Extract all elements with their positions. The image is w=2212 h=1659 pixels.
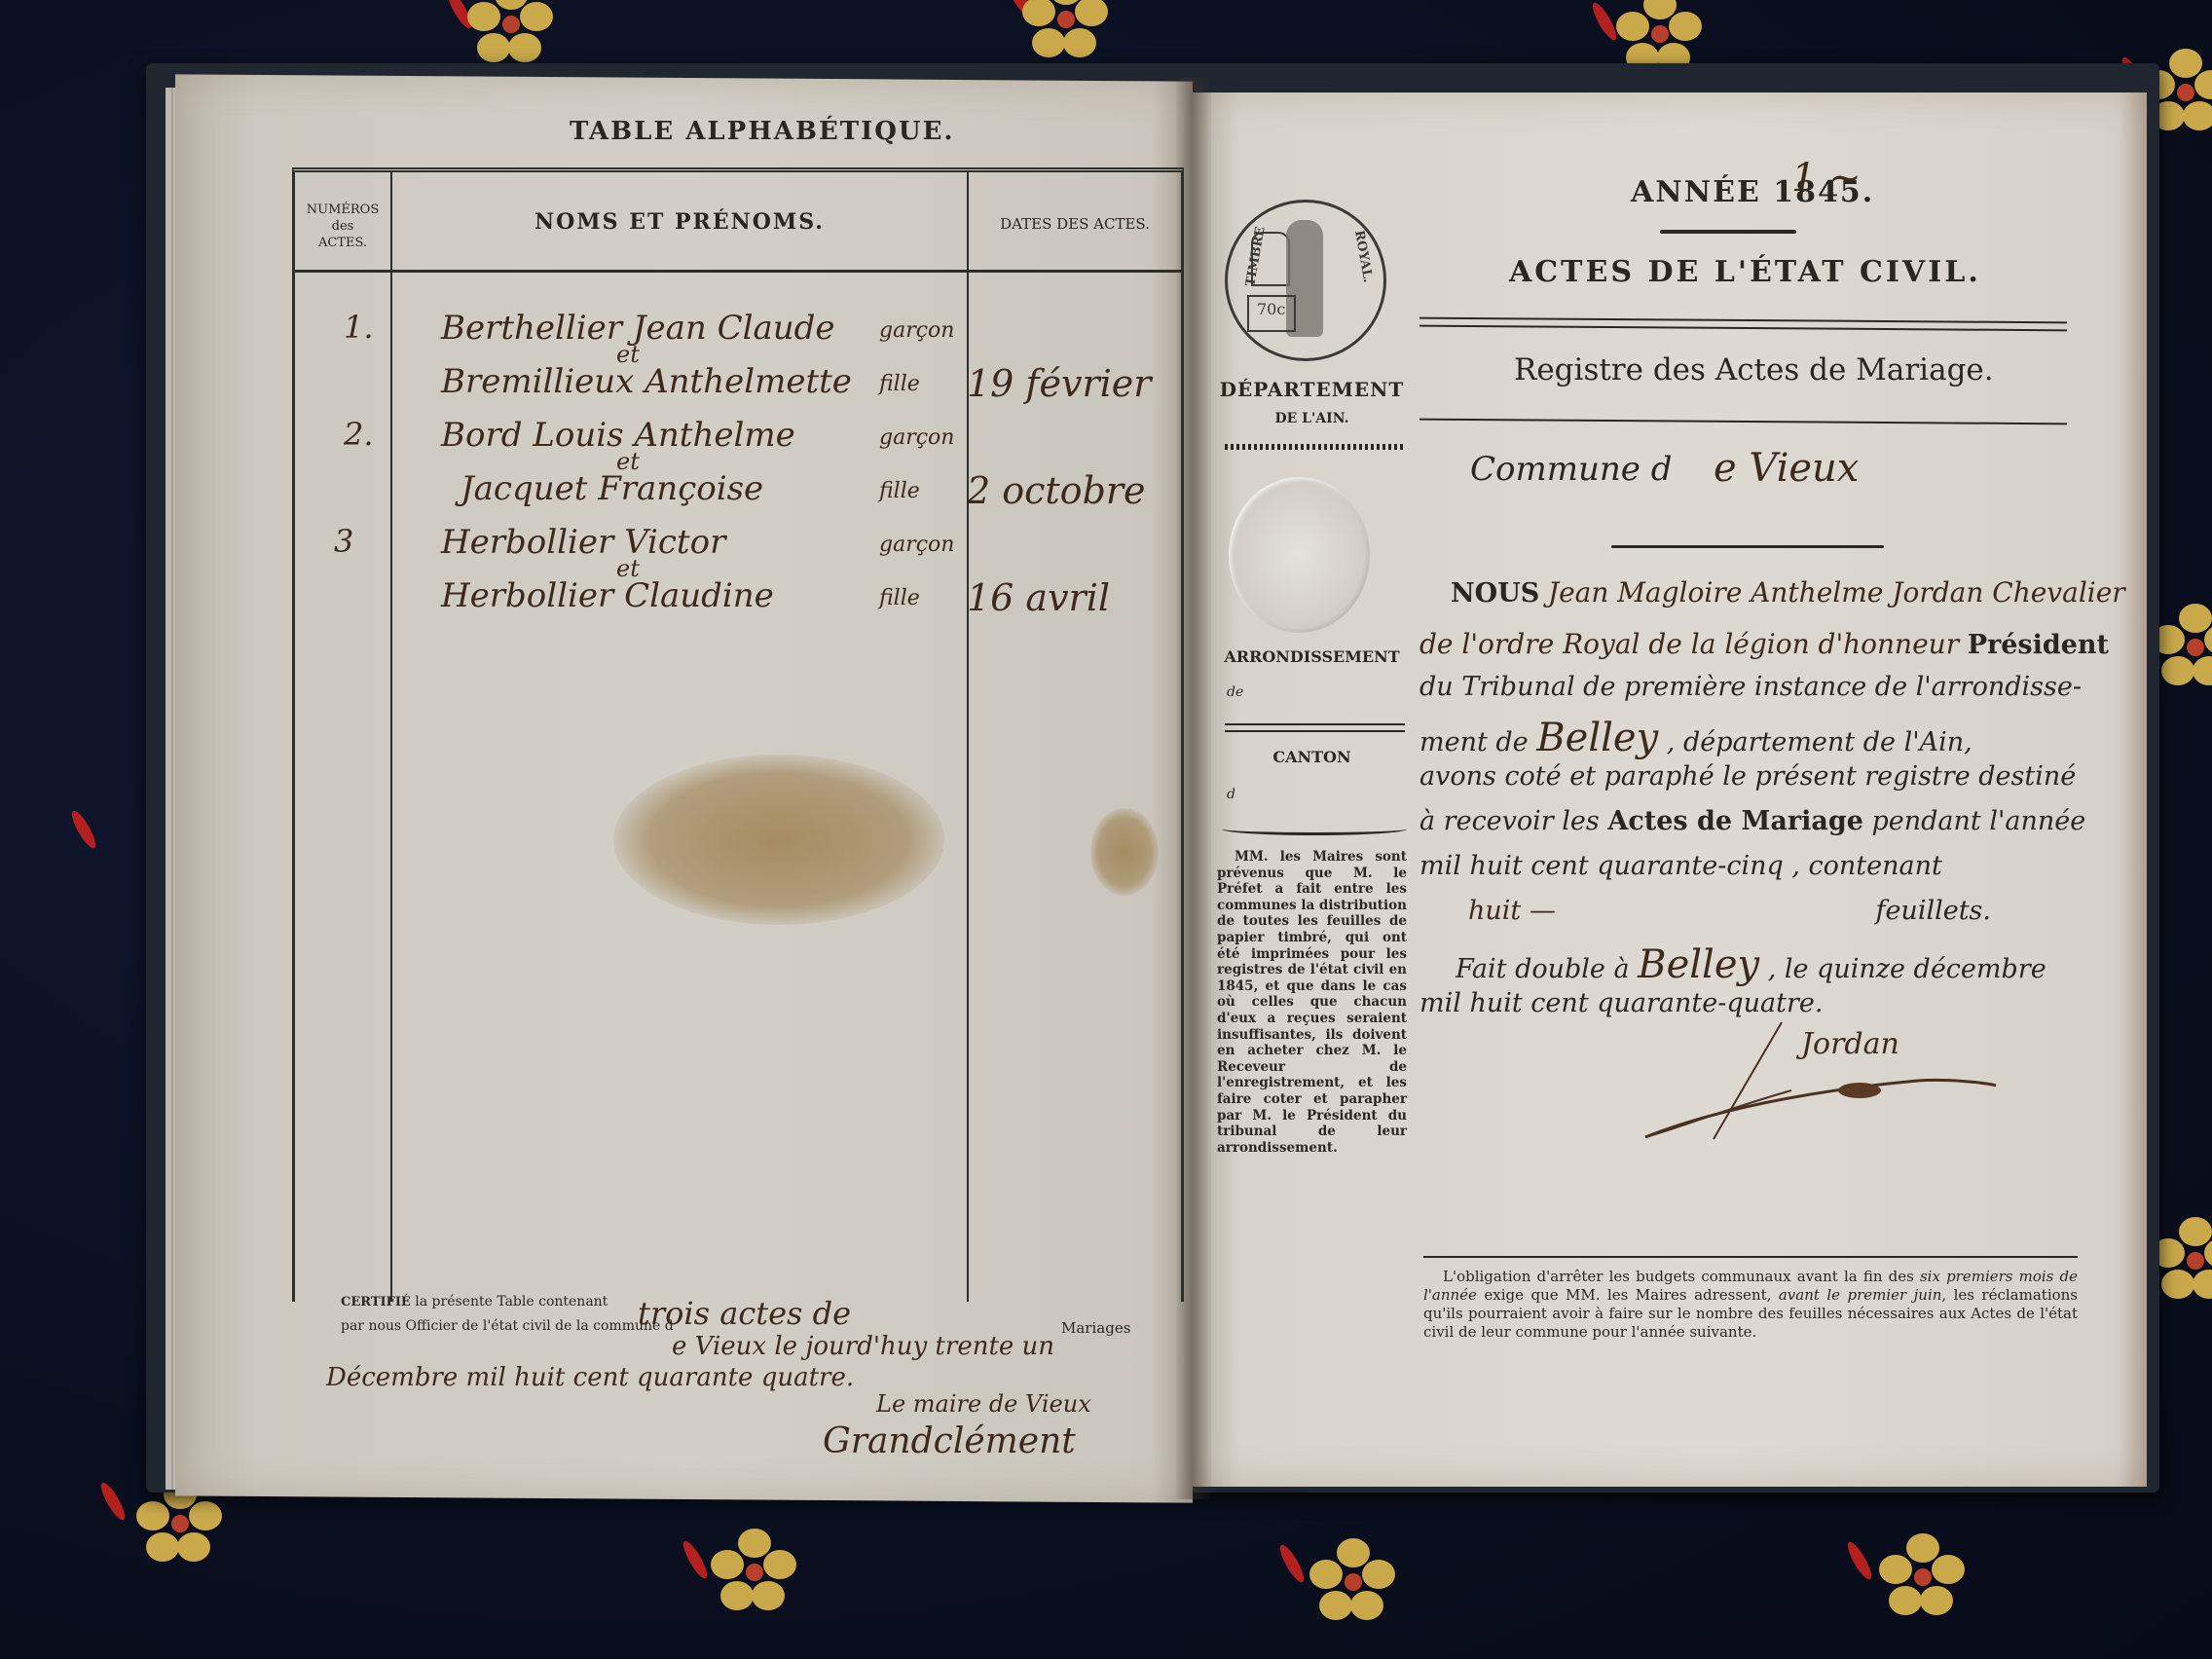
embossed-seal bbox=[1229, 477, 1370, 633]
body-line-9: Fait double à Belley , le quinze décembr… bbox=[1456, 942, 2046, 987]
main-heading: ACTES DE L'ÉTAT CIVIL. bbox=[1509, 255, 1981, 289]
body-line-8: huit — feuillets. bbox=[1419, 896, 1991, 926]
entry-number: 1. bbox=[344, 309, 383, 346]
column-header-numeros: NUMÉROS des ACTES. bbox=[295, 202, 390, 251]
embroidered-flower-icon bbox=[2152, 604, 2212, 691]
register-subtitle: Registre des Actes de Mariage. bbox=[1514, 352, 1994, 387]
canton-prefix: d bbox=[1217, 787, 1417, 802]
embroidered-flower-icon bbox=[711, 1529, 798, 1616]
timbre-royal-stamp: 70c TIMBRE ROYAL. bbox=[1225, 200, 1386, 361]
footer-rule bbox=[1423, 1256, 2078, 1258]
embroidered-flower-icon bbox=[1879, 1533, 1967, 1621]
departement-value: DE L'AIN. bbox=[1217, 411, 1407, 426]
bride-name: Bremillieux Anthelmette bbox=[441, 362, 852, 401]
body-line-4: ment de Belley , département de l'Ain, bbox=[1419, 716, 1972, 760]
canton-label: CANTON bbox=[1217, 748, 1407, 766]
act-date: 16 avril bbox=[967, 576, 1110, 619]
groom-status: garçon bbox=[879, 533, 954, 557]
bride-status: fille bbox=[879, 479, 920, 503]
groom-status: garçon bbox=[879, 425, 954, 450]
signature-flourish-icon bbox=[1636, 1013, 2006, 1149]
entry-number: 2. bbox=[344, 416, 383, 453]
table-row: 1. Berthellier Jean Claude garçon bbox=[295, 309, 1181, 361]
embroidered-flower-icon bbox=[467, 0, 555, 68]
embroidered-flower-icon bbox=[1022, 0, 1110, 63]
column-header-names: NOMS ET PRÉNOMS. bbox=[392, 209, 967, 235]
bride-name: Jacquet Françoise bbox=[461, 469, 763, 508]
alphabetical-table: NUMÉROS des ACTES. NOMS ET PRÉNOMS. DATE… bbox=[292, 167, 1184, 1302]
commune-value: e Vieux bbox=[1714, 446, 1859, 491]
wavy-rule bbox=[1225, 444, 1405, 450]
body-line-2: de l'ordre Royal de la légion d'honneur … bbox=[1419, 628, 2109, 660]
act-date: 19 février bbox=[967, 362, 1151, 405]
column-header-dates: DATES DES ACTES. bbox=[969, 215, 1181, 233]
stamp-value: 70c bbox=[1257, 300, 1285, 318]
body-line-1: NOUS Jean Magloire Anthelme Jordan Cheva… bbox=[1451, 576, 2125, 608]
body-line-3: du Tribunal de première instance de l'ar… bbox=[1419, 672, 2082, 702]
groom-status: garçon bbox=[879, 318, 954, 343]
entry-number: 3 bbox=[334, 523, 373, 560]
body-line-7: mil huit cent quarante-cinq , contenant bbox=[1419, 851, 1942, 881]
table-row: 2. Bord Louis Anthelme garçon bbox=[295, 416, 1181, 468]
ornament-rule bbox=[1611, 545, 1884, 548]
table-row: et Bremillieux Anthelmette fille 19 févr… bbox=[295, 362, 1181, 415]
bride-status: fille bbox=[879, 372, 920, 396]
year-correction: 1 ~ bbox=[1791, 156, 1862, 201]
body-line-5: avons coté et paraphé le présent registr… bbox=[1419, 761, 2076, 792]
brace-rule bbox=[1222, 823, 1407, 835]
certification-handwritten-commune: e Vieux le jourd'huy trente un bbox=[672, 1332, 1054, 1361]
water-stain bbox=[1090, 808, 1159, 896]
arrondissement-prefix: de bbox=[1217, 684, 1417, 700]
mayor-signature: Grandclément bbox=[823, 1421, 1076, 1461]
groom-name: Herbollier Victor bbox=[441, 523, 725, 562]
table-row: et Jacquet Françoise fille 2 octobre bbox=[295, 469, 1181, 522]
double-rule bbox=[1225, 723, 1405, 732]
stamp-text-right: ROYAL. bbox=[1351, 229, 1375, 283]
ornament-rule bbox=[1660, 230, 1796, 234]
act-date: 2 octobre bbox=[967, 469, 1146, 512]
table-row: 3 Herbollier Victor garçon bbox=[295, 523, 1181, 575]
embroidered-flower-icon bbox=[2152, 1217, 2212, 1305]
departement-label: DÉPARTEMENT bbox=[1217, 378, 1407, 401]
arrondissement-label: ARRONDISSEMENT bbox=[1217, 647, 1407, 666]
water-stain bbox=[613, 755, 944, 925]
header-rule bbox=[295, 270, 1181, 273]
embroidered-flower-icon bbox=[0, 808, 58, 896]
embroidered-flower-icon bbox=[1309, 1538, 1397, 1626]
certification-handwritten-date: Décembre mil huit cent quarante quatre. bbox=[326, 1363, 854, 1392]
certification-mariages: Mariages bbox=[1061, 1319, 1130, 1337]
commune-label: Commune d bbox=[1470, 450, 1672, 489]
table-row: et Herbollier Claudine fille 16 avril bbox=[295, 576, 1181, 629]
body-line-6: à recevoir les Actes de Mariage pendant … bbox=[1419, 806, 2085, 836]
table-title: TABLE ALPHABÉTIQUE. bbox=[570, 117, 954, 146]
bride-status: fille bbox=[879, 586, 920, 610]
bride-name: Herbollier Claudine bbox=[441, 576, 774, 615]
mayors-notice: MM. les Maires sont prévenus que M. le P… bbox=[1217, 849, 1407, 1156]
certification-signoff: Le maire de Vieux bbox=[876, 1390, 1091, 1418]
certification-handwritten-count: trois actes de bbox=[638, 1295, 851, 1332]
footer-notice: L'obligation d'arrêter les budgets commu… bbox=[1423, 1268, 2078, 1342]
